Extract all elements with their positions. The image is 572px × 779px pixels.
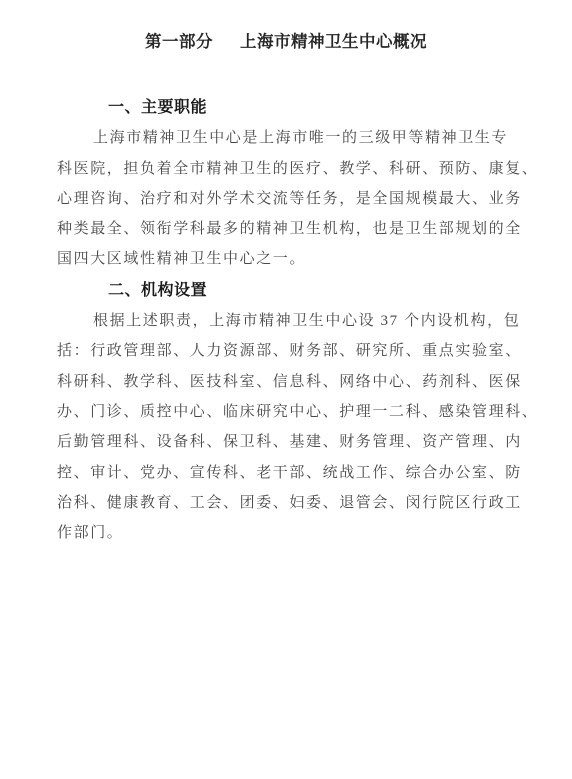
text-line: 括：行政管理部、人力资源部、财务部、研究所、重点实验室、 [57,336,562,366]
text-line: 国四大区域性精神卫生中心之一。 [57,244,562,274]
section-heading-organization: 二、机构设置 [108,276,562,306]
document-title-part-text: 上海市精神卫生中心概况 [240,31,427,53]
text-line: 科医院，担负着全市精神卫生的医疗、教学、科研、预防、康复、 [57,154,562,184]
text-line: 根据上述职责，上海市精神卫生中心设 37 个内设机构，包 [57,306,562,336]
document-page: 第一部分 上海市精神卫生中心概况 一、主要职能 上海市精神卫生中心是上海市唯一的… [0,0,572,779]
text-line: 治科、健康教育、工会、团委、妇委、退管会、闵行院区行政工 [57,488,562,518]
text-line: 上海市精神卫生中心是上海市唯一的三级甲等精神卫生专 [57,123,562,153]
paragraph-organization: 根据上述职责，上海市精神卫生中心设 37 个内设机构，包 括：行政管理部、人力资… [57,306,562,548]
document-title-part-number: 第一部分 [145,31,213,53]
text-line: 科研科、教学科、医技科室、信息科、网络中心、药剂科、医保 [57,367,562,397]
document-title: 第一部分 上海市精神卫生中心概况 [0,31,572,53]
text-line: 后勤管理科、设备科、保卫科、基建、财务管理、资产管理、内 [57,427,562,457]
text-line: 心理咨询、治疗和对外学术交流等任务，是全国规模最大、业务 [57,184,562,214]
text-line: 种类最全、领衔学科最多的精神卫生机构，也是卫生部规划的全 [57,214,562,244]
text-line: 作部门。 [57,518,562,548]
document-content: 一、主要职能 上海市精神卫生中心是上海市唯一的三级甲等精神卫生专 科医院，担负着… [57,93,562,548]
text-line: 办、门诊、质控中心、临床研究中心、护理一二科、感染管理科、 [57,397,562,427]
section-heading-main-functions: 一、主要职能 [108,93,562,123]
text-line: 控、审计、党办、宣传科、老干部、统战工作、综合办公室、防 [57,458,562,488]
paragraph-main-functions: 上海市精神卫生中心是上海市唯一的三级甲等精神卫生专 科医院，担负着全市精神卫生的… [57,123,562,274]
